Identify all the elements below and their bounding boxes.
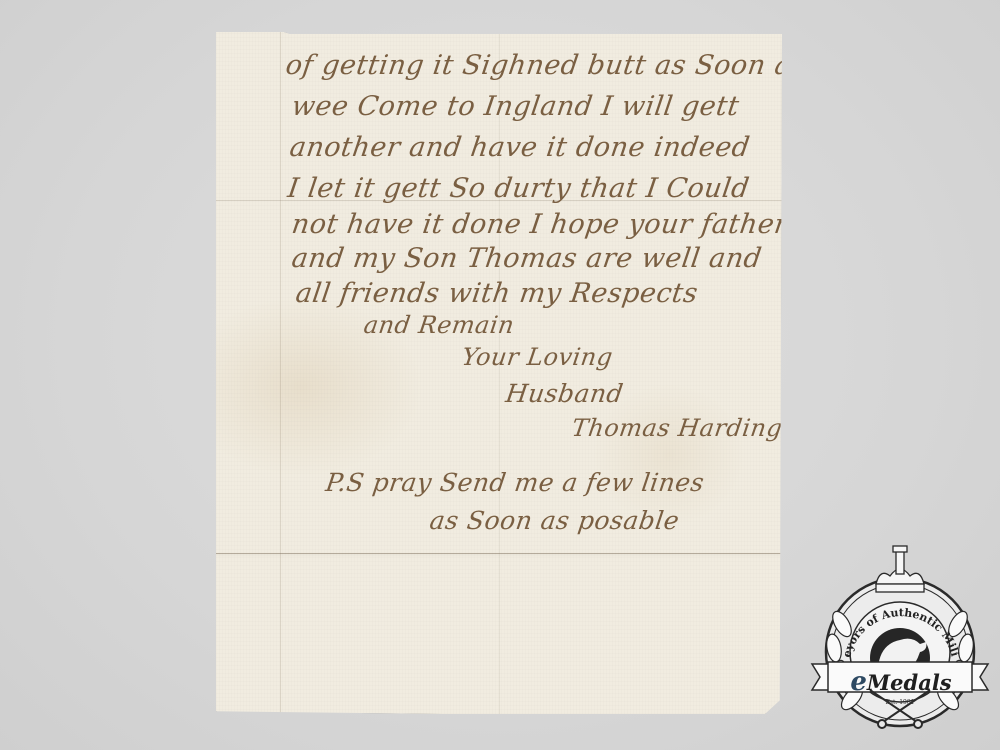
emedals-watermark-logo: Purveyors of Authentic Militaria xyxy=(808,540,992,730)
letter-paper: of getting it Sighned butt as Soon as we… xyxy=(216,32,782,714)
closing-remain: and Remain xyxy=(362,311,516,339)
postscript-line-2: as Soon as posable xyxy=(428,506,681,535)
letter-body: of getting it Sighned butt as Soon as we… xyxy=(216,32,782,714)
letter-line-3: another and have it done indeed xyxy=(288,132,752,163)
letter-line-2: wee Come to Ingland I will gett xyxy=(290,91,741,122)
letter-line-1: of getting it Sighned butt as Soon as xyxy=(284,50,808,81)
closing-husband: Husband xyxy=(504,379,625,408)
logo-brand-medals: Medals xyxy=(867,670,952,695)
letter-line-6: and my Son Thomas are well and xyxy=(290,243,764,274)
photo-stage: of getting it Sighned butt as Soon as we… xyxy=(0,0,1000,750)
closing-your-loving: Your Loving xyxy=(460,343,615,371)
letter-line-7: all friends with my Respects xyxy=(294,278,700,309)
letter-line-4: I let it gett So durty that I Could xyxy=(286,173,752,204)
letter-line-5: not have it done I hope your father xyxy=(290,209,790,240)
postscript-line-1: P.S pray Send me a few lines xyxy=(324,468,706,497)
logo-brand-e: e xyxy=(850,667,867,697)
logo-brand-name: eMedals xyxy=(826,667,976,697)
logo-established: Est. 1981 xyxy=(808,699,992,706)
signature: Thomas Harding xyxy=(570,414,784,442)
